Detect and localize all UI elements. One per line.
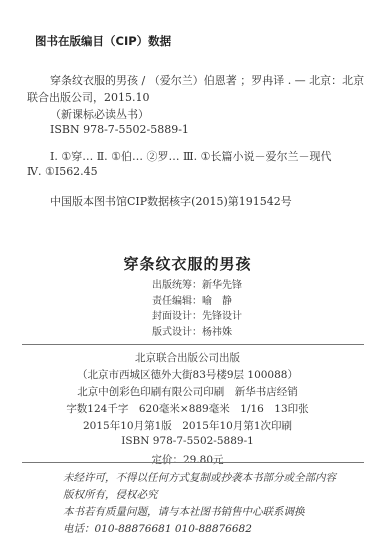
cip-isbn: ISBN 978-7-5502-5889-1 [50,123,189,136]
divider-top [22,344,364,345]
cip-publisher-line: 联合出版公司，2015.10 [27,89,150,105]
copyright-notice: 未经许可，不得以任何方式复制或抄袭本书部分或全部内容 [63,470,336,485]
cip-verification: 中国版本图书馆CIP数据核字(2015)第191542号 [50,193,292,209]
contact-phone: 电话：010-88876681 010-88876682 [63,521,252,536]
credit-editor: 责任编辑：喻 静 [152,294,242,310]
cip-series: （新课标必读丛书） [50,106,149,122]
publisher-address: （北京市西城区德外大街83号楼9层 100088） [0,367,375,382]
cip-classification: Ⅰ. ①穿… Ⅱ. ①伯… ②罗… Ⅲ. ①长篇小说－爱尔兰－现代 [50,148,331,164]
isbn: ISBN 978-7-5502-5889-1 [0,435,375,447]
rights-reserved: 版权所有，侵权必究 [63,487,158,502]
edition-info: 2015年10月第1版 2015年10月第1次印刷 [0,418,375,433]
printer-distributor: 北京中创彩色印刷有限公司印刷 新华书店经销 [0,384,375,399]
cip-title-line: 穿条纹衣服的男孩 / （爱尔兰）伯恩著 ；罗冉译 . — 北京：北京 [50,72,364,88]
credits-list: 出版统筹：新华先锋 责任编辑：喻 静 封面设计：先锋设计 版式设计：杨祎姝 [152,278,242,340]
credit-cover-design: 封面设计：先锋设计 [152,309,242,325]
print-specs: 字数124千字 620毫米×889毫米 1/16 13印张 [0,401,375,416]
book-title: 穿条纹衣服的男孩 [0,253,375,274]
quality-notice: 本书若有质量问题，请与本社图书销售中心联系调换 [63,504,305,519]
divider-bottom [22,462,364,463]
price: 定价：29.80元 [0,452,375,467]
publisher: 北京联合出版公司出版 [0,350,375,365]
credit-planning: 出版统筹：新华先锋 [152,278,242,294]
credit-layout-design: 版式设计：杨祎姝 [152,325,242,341]
cip-heading: 图书在版编目（CIP）数据 [35,33,171,49]
cip-classification-number: Ⅳ. ①I562.45 [27,165,98,178]
